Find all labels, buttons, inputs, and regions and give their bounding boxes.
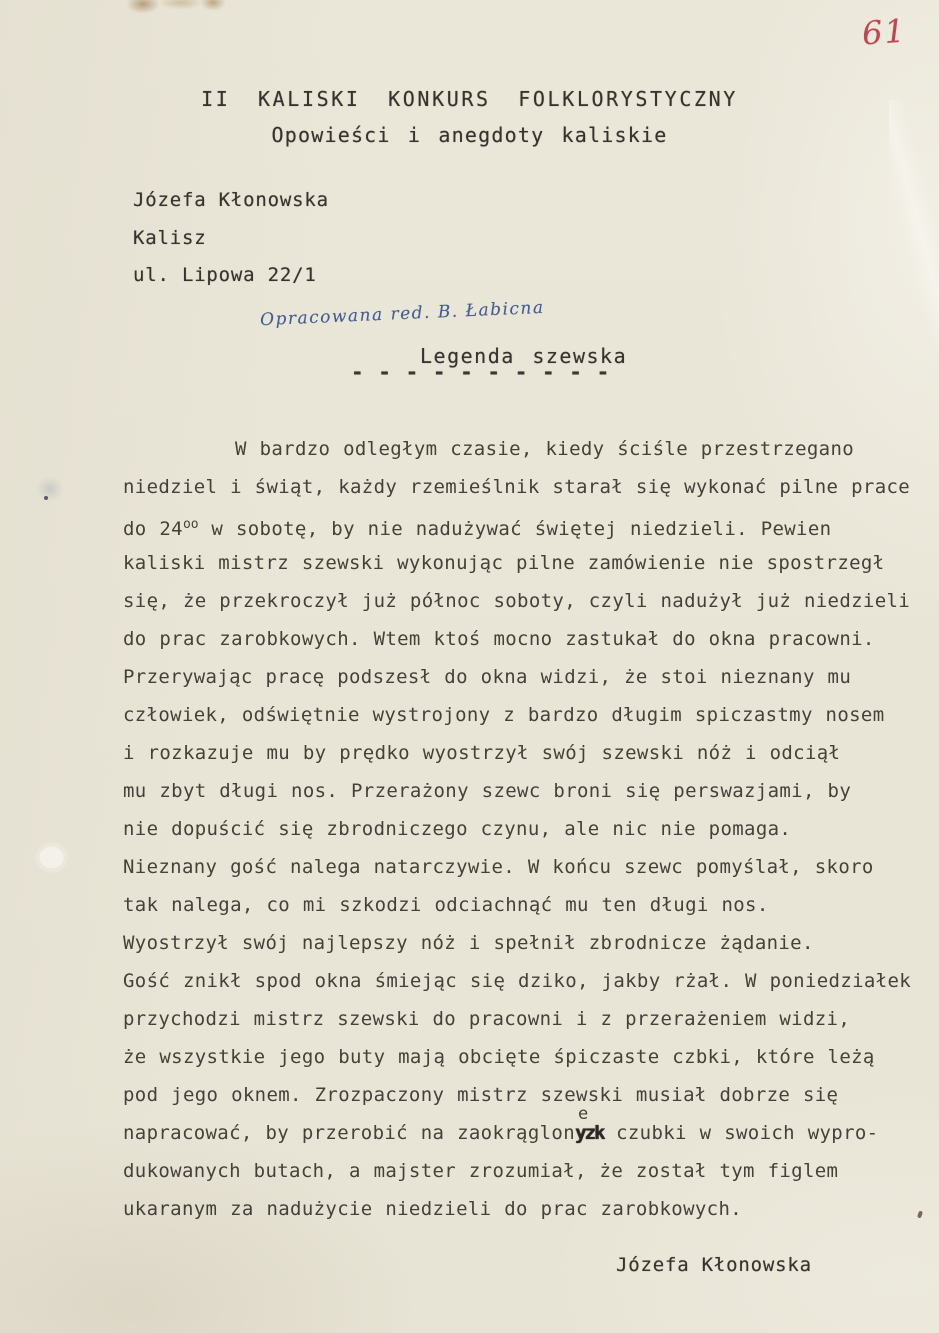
document-title: II KALISKI KONKURS FOLKLORYSTYCZNY [0, 87, 939, 111]
story-line: W bardzo odległym czasie, kiedy ściśle p… [123, 430, 923, 468]
story-line: do prac zarobkowych. Wtem ktoś mocno zas… [123, 620, 923, 658]
ink-smudge-dot [44, 496, 48, 500]
author-name: Józefa Kłonowska [133, 189, 329, 211]
story-line: mu zbyt długi nos. Przerażony szewc bron… [123, 772, 923, 810]
story-line: pod jego oknem. Zrozpaczony mistrz szews… [123, 1076, 923, 1114]
story-line: do 24oo w sobotę, by nie nadużywać święt… [123, 506, 923, 544]
story-line: kaliski mistrz szewski wykonując pilne z… [123, 544, 923, 582]
story-line: się, że przekroczył już północ soboty, c… [123, 582, 923, 620]
ink-smudge [36, 476, 64, 502]
paper-stain [126, 0, 160, 14]
author-city: Kalisz [133, 227, 206, 249]
story-line: ukaranym za nadużycie niedzieli do prac … [123, 1190, 923, 1228]
paper-stain [200, 0, 226, 11]
story-line: dukowanych butach, a majster zrozumiał, … [123, 1152, 923, 1190]
story-line: tak nalega, co mi szkodzi odciachnąć mu … [123, 886, 923, 924]
story-line: Przerywając pracę podszesł do okna widzi… [123, 658, 923, 696]
story-line: że wszystkie jego buty mają obcięte śpic… [123, 1038, 923, 1076]
story-line: człowiek, odświętnie wystrojony z bardzo… [123, 696, 923, 734]
story-line: przychodzi mistrz szewski do pracowni i … [123, 1000, 923, 1038]
page-number: 61 [861, 11, 908, 52]
story-line: i rozkazuje mu by prędko wyostrzył swój … [123, 734, 923, 772]
document-page: 61 II KALISKI KONKURS FOLKLORYSTYCZNY Op… [0, 0, 939, 1333]
story-line: Gość znikł spod okna śmiejąc się dziko, … [123, 962, 923, 1000]
paper-stain [158, 0, 204, 10]
story-line: nie dopuścić się zbrodniczego czynu, ale… [123, 810, 923, 848]
handwritten-annotation: Opracowana red. B. Łabicna [260, 298, 545, 330]
story-body: W bardzo odległym czasie, kiedy ściśle p… [123, 430, 923, 1228]
story-line: Wyostrzył swój najlepszy nóż i spełnił z… [123, 924, 923, 962]
story-line: napracować, by przerobić na zaokrągloney… [123, 1114, 923, 1152]
punch-hole [38, 845, 65, 870]
signature: Józefa Kłonowska [616, 1254, 812, 1276]
document-subtitle: Opowieści i anegdoty kaliskie [0, 123, 939, 147]
author-street: ul. Lipowa 22/1 [133, 264, 317, 286]
story-title-underline: - - - - - - - - - - [351, 360, 641, 384]
story-line: niedziel i świąt, każdy rzemieślnik star… [123, 468, 923, 506]
story-line: Nieznany gość nalega natarczywie. W końc… [123, 848, 923, 886]
